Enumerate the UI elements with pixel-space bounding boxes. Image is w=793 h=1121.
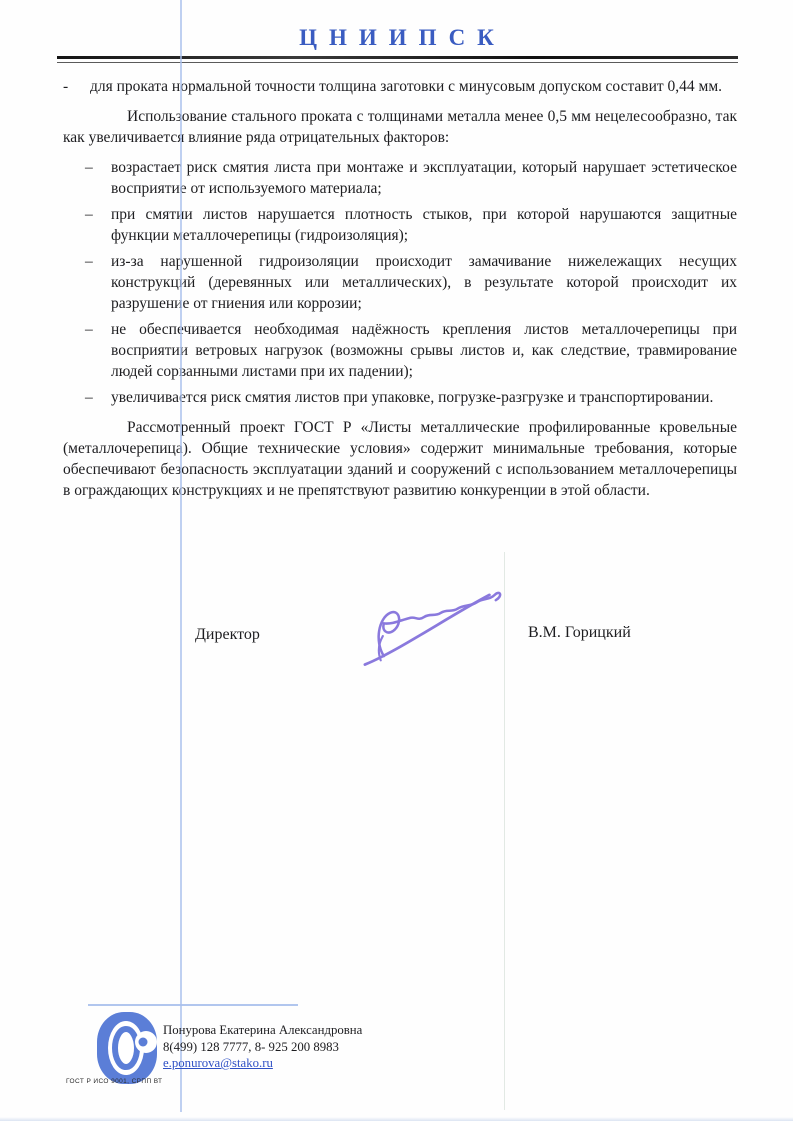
scan-fold-line-left xyxy=(180,0,182,1112)
header-divider-thin-line xyxy=(57,62,738,63)
scan-bottom-edge xyxy=(0,1117,793,1121)
list-item: – увеличивается риск смятия листов при у… xyxy=(85,387,737,408)
scanned-letter-page: ЦНИИПСК - для проката нормальной точност… xyxy=(0,0,793,1121)
header-divider xyxy=(57,56,738,63)
footer-scan-line xyxy=(88,1004,298,1006)
list-item: – при смятии листов нарушается плотность… xyxy=(85,204,737,246)
bullet-text: возрастает риск смятия листа при монтаже… xyxy=(111,157,737,199)
bullet-marker: – xyxy=(85,204,111,246)
intro-paragraph: Использование стального проката с толщин… xyxy=(63,106,737,148)
bullet-text: из-за нарушенной гидроизоляции происходи… xyxy=(111,251,737,314)
risk-factors-list: – возрастает риск смятия листа при монта… xyxy=(63,157,737,408)
contact-block: Понурова Екатерина Александровна 8(499) … xyxy=(163,1022,362,1072)
bullet-marker: – xyxy=(85,387,111,408)
bullet-marker: – xyxy=(85,157,111,199)
org-logo-icon xyxy=(96,1011,158,1085)
intro-list-item: - для проката нормальной точности толщин… xyxy=(63,76,737,97)
contact-phones: 8(499) 128 7777, 8- 925 200 8983 xyxy=(163,1039,362,1056)
signature-block: Директор В.М. Горицкий xyxy=(63,592,737,702)
contact-email-link[interactable]: e.ponurova@stako.ru xyxy=(163,1056,273,1070)
org-name-header: ЦНИИПСК xyxy=(0,0,793,51)
bullet-text: при смятии листов нарушается плотность с… xyxy=(111,204,737,246)
list-item: – из-за нарушенной гидроизоляции происхо… xyxy=(85,251,737,314)
bullet-text: не обеспечивается необходимая надёжность… xyxy=(111,319,737,382)
list-item: – возрастает риск смятия листа при монта… xyxy=(85,157,737,199)
signer-name: В.М. Горицкий xyxy=(528,624,631,642)
bullet-marker: – xyxy=(85,251,111,314)
signature-ink xyxy=(331,578,536,673)
signer-title: Директор xyxy=(195,626,260,644)
conclusion-paragraph: Рассмотренный проект ГОСТ Р «Листы метал… xyxy=(63,417,737,501)
list-item: – не обеспечивается необходимая надёжнос… xyxy=(85,319,737,382)
letter-body: - для проката нормальной точности толщин… xyxy=(63,76,737,501)
bullet-marker: – xyxy=(85,319,111,382)
bullet-text: для проката нормальной точности толщина … xyxy=(90,76,737,97)
bullet-marker: - xyxy=(63,76,90,97)
logo-caption: ГОСТ Р ИСО 9001, СРПП ВТ xyxy=(66,1078,206,1085)
header-divider-thick-line xyxy=(57,56,738,59)
contact-name: Понурова Екатерина Александровна xyxy=(163,1022,362,1039)
bullet-text: увеличивается риск смятия листов при упа… xyxy=(111,387,737,408)
